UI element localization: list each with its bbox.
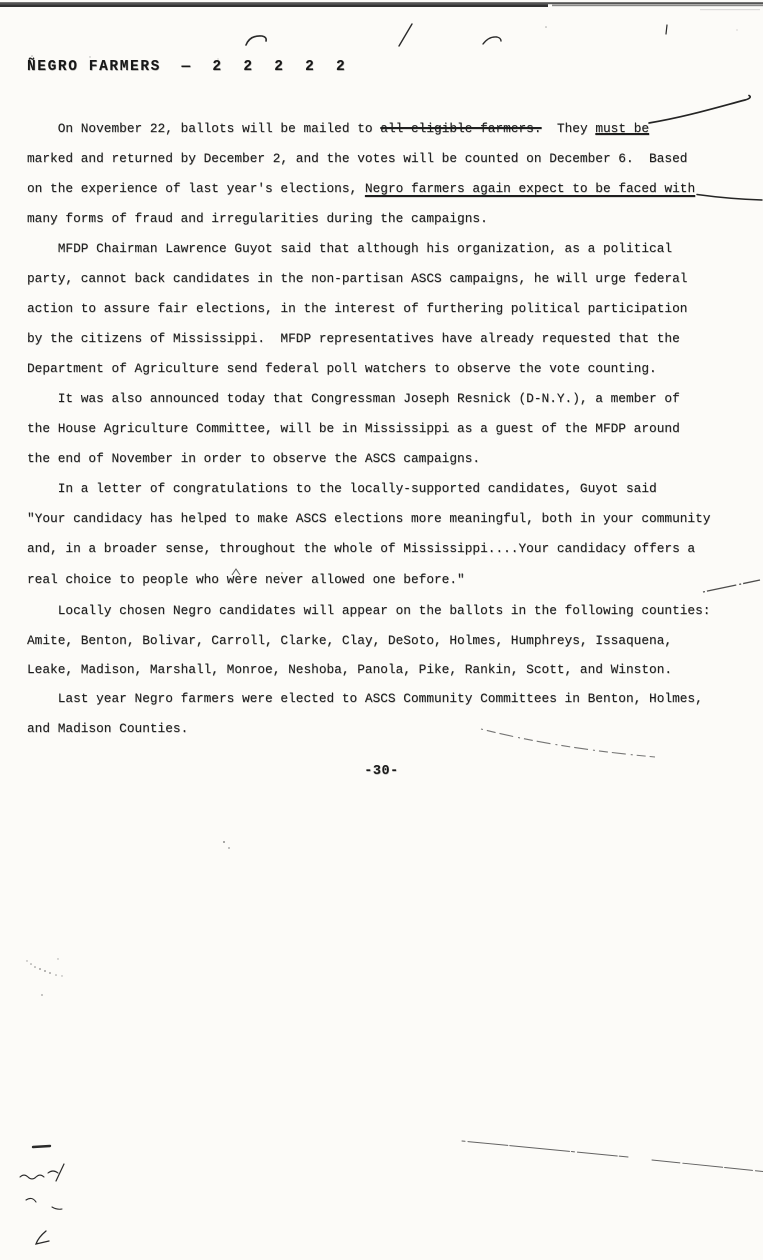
line-text: by the citizens of Mississippi. MFDP rep… [27,331,680,346]
pen-stray-marks-top [246,24,667,46]
line-text: Leake, Madison, Marshall, Monroe, Neshob… [27,662,672,677]
line-text: many forms of fraud and irregularities d… [27,211,488,226]
page-header-slug: ÑEGRO FARMERS — 2 2 2 2 2 [27,59,346,75]
text-line: MFDP Chairman Lawrence Guyot said that a… [27,241,672,257]
text-line: On November 22, ballots will be mailed t… [27,121,649,137]
line-text: real choice to people who were never all… [27,572,465,587]
text-line: Leake, Madison, Marshall, Monroe, Neshob… [27,662,672,678]
scan-line-lower-right [462,1141,763,1172]
text-line: marked and returned by December 2, and t… [27,151,687,167]
text-line: Department of Agriculture send federal p… [27,361,657,377]
line-text: marked and returned by December 2, and t… [27,151,687,166]
struck-text: all eligible farmers. [380,121,541,136]
text-line: Last year Negro farmers were elected to … [27,691,703,707]
line-text: on the experience of last year's electio… [27,181,365,196]
line-text: MFDP Chairman Lawrence Guyot said that a… [27,241,672,256]
line-text: and Madison Counties. [27,721,188,736]
text-line: on the experience of last year's electio… [27,181,695,197]
text-line: real choice to people who were never all… [27,572,465,588]
underlined-text: must be [595,121,649,136]
line-text: Amite, Benton, Bolivar, Carroll, Clarke,… [27,633,672,648]
underlined-text: Negro farmers again expect to be faced w… [365,181,695,196]
line-text: and, in a broader sense, throughout the … [27,541,695,556]
scan-edge-band [0,2,763,10]
end-of-release-mark: -30- [0,764,763,779]
text-line: "Your candidacy has helped to make ASCS … [27,511,710,527]
dotted-arc-left [26,958,62,976]
line-text: the House Agriculture Committee, will be… [27,421,680,436]
text-line: the end of November in order to observe … [27,451,480,467]
line-text: It was also announced today that Congres… [27,391,680,406]
text-line: the House Agriculture Committee, will be… [27,421,680,437]
line-text: party, cannot back candidates in the non… [27,271,687,286]
line-text: On November 22, ballots will be mailed t… [27,121,380,136]
line-text: Department of Agriculture send federal p… [27,361,657,376]
text-line: Amite, Benton, Bolivar, Carroll, Clarke,… [27,633,672,649]
line-text: "Your candidacy has helped to make ASCS … [27,511,710,526]
text-line: party, cannot back candidates in the non… [27,271,687,287]
underline-extension-mark [697,195,762,201]
line-text: action to assure fair elections, in the … [27,301,687,316]
text-line: action to assure fair elections, in the … [27,301,687,317]
text-line: Locally chosen Negro candidates will app… [27,603,710,619]
line-text: In a letter of congratulations to the lo… [27,481,657,496]
dashed-diagonal-counties [703,580,760,592]
text-line: and Madison Counties. [27,721,188,737]
line-text: the end of November in order to observe … [27,451,480,466]
document-page: ÑEGRO FARMERS — 2 2 2 2 2 On November 22… [0,0,763,1260]
line-text: Locally chosen Negro candidates will app… [27,603,710,618]
dashed-diagonal-madison [481,729,655,757]
text-line: many forms of fraud and irregularities d… [27,211,488,227]
pen-scribbles-bottom-left [20,1146,64,1244]
line-text: They [542,121,596,136]
text-line: and, in a broader sense, throughout the … [27,541,695,557]
text-line: by the citizens of Mississippi. MFDP rep… [27,331,680,347]
pen-swoosh-mark [649,96,750,124]
line-text: Last year Negro farmers were elected to … [27,691,703,706]
text-line: It was also announced today that Congres… [27,391,680,407]
text-line: In a letter of congratulations to the lo… [27,481,657,497]
